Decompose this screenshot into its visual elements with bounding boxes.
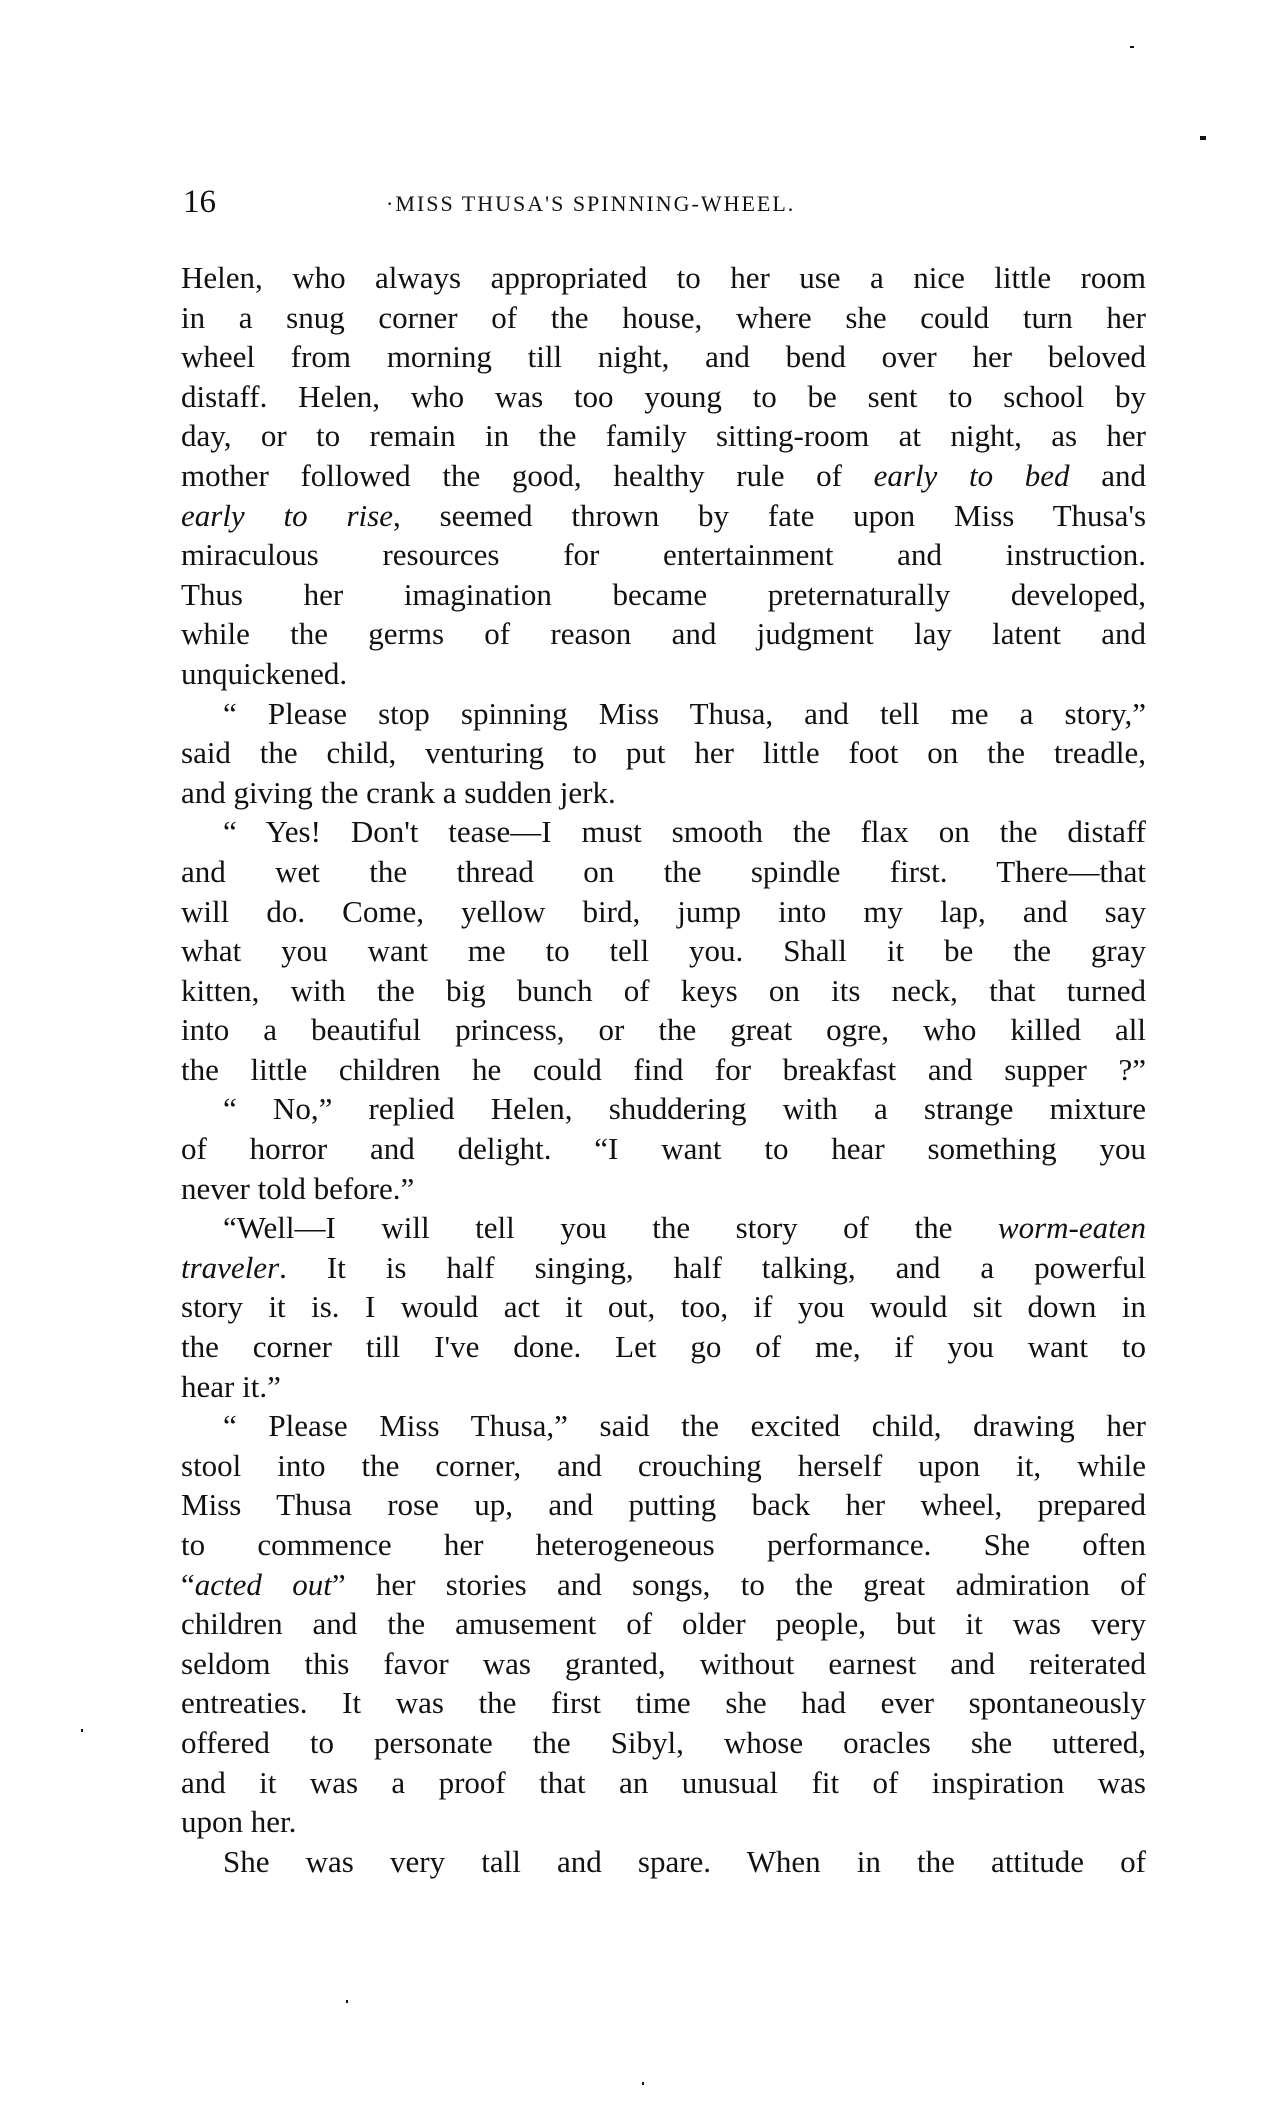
text-run: “ Please Miss Thusa,” said the excited c… bbox=[223, 1408, 1146, 1443]
text-run: while the germs of reason and judgment l… bbox=[181, 616, 1146, 651]
text-run: and it was a proof that an unusual fit o… bbox=[181, 1765, 1146, 1800]
text-run: children and the amusement of older peop… bbox=[181, 1606, 1146, 1641]
text-line: will do. Come, yellow bird, jump into my… bbox=[181, 892, 1146, 932]
text-line: She was very tall and spare. When in the… bbox=[181, 1842, 1146, 1882]
text-line: “ Yes! Don't tease—I must smooth the fla… bbox=[181, 812, 1146, 852]
text-run: mother followed the good, healthy rule o… bbox=[181, 458, 874, 493]
text-run: never told before.” bbox=[181, 1171, 414, 1206]
text-run: Thus her imagination became preternatura… bbox=[181, 577, 1146, 612]
text-run: and bbox=[1070, 458, 1146, 493]
text-line: day, or to remain in the family sitting-… bbox=[181, 416, 1146, 456]
text-line: story it is. I would act it out, too, if… bbox=[181, 1287, 1146, 1327]
text-run: Helen, who always appropriated to her us… bbox=[181, 260, 1146, 295]
text-line: entreaties. It was the first time she ha… bbox=[181, 1683, 1146, 1723]
text-line: mother followed the good, healthy rule o… bbox=[181, 456, 1146, 496]
text-line: said the child, venturing to put her lit… bbox=[181, 733, 1146, 773]
text-run: kitten, with the big bunch of keys on it… bbox=[181, 973, 1146, 1008]
text-line: and giving the crank a sudden jerk. bbox=[181, 773, 1146, 813]
text-line: and wet the thread on the spindle first.… bbox=[181, 852, 1146, 892]
text-run: and wet the thread on the spindle first.… bbox=[181, 854, 1146, 889]
text-run: Miss Thusa rose up, and putting back her… bbox=[181, 1487, 1146, 1522]
text-line: distaff. Helen, who was too young to be … bbox=[181, 377, 1146, 417]
text-run: distaff. Helen, who was too young to be … bbox=[181, 379, 1146, 414]
text-run: will do. Come, yellow bird, jump into my… bbox=[181, 894, 1146, 929]
text-run: to commence her heterogeneous performanc… bbox=[181, 1527, 1146, 1562]
text-line: offered to personate the Sibyl, whose or… bbox=[181, 1723, 1146, 1763]
text-line: unquickened. bbox=[181, 654, 1146, 694]
text-run: said the child, venturing to put her lit… bbox=[181, 735, 1146, 770]
text-run: day, or to remain in the family sitting-… bbox=[181, 418, 1146, 453]
text-run: . It is half singing, half talking, and … bbox=[279, 1250, 1146, 1285]
text-line: “ Please stop spinning Miss Thusa, and t… bbox=[181, 694, 1146, 734]
text-run: “ No,” replied Helen, shuddering with a … bbox=[223, 1091, 1146, 1126]
running-title: ·MISS THUSA'S SPINNING-WHEEL. bbox=[386, 186, 795, 222]
text-run: the little children he could find for br… bbox=[181, 1052, 1146, 1087]
text-line: “ Please Miss Thusa,” said the excited c… bbox=[181, 1406, 1146, 1446]
text-run: of horror and delight. “I want to hear s… bbox=[181, 1131, 1146, 1166]
text-line: Thus her imagination became preternatura… bbox=[181, 575, 1146, 615]
text-run: ” her stories and songs, to the great ad… bbox=[332, 1567, 1146, 1602]
running-head: 16 ·MISS THUSA'S SPINNING-WHEEL. bbox=[181, 182, 1146, 222]
text-line: upon her. bbox=[181, 1802, 1146, 1842]
text-line: hear it.” bbox=[181, 1367, 1146, 1407]
text-line: never told before.” bbox=[181, 1169, 1146, 1209]
italic-run: early to rise bbox=[181, 498, 393, 533]
scan-speck bbox=[642, 2082, 644, 2085]
text-run: in a snug corner of the house, where she… bbox=[181, 300, 1146, 335]
text-line: stool into the corner, and crouching her… bbox=[181, 1446, 1146, 1486]
text-line: the little children he could find for br… bbox=[181, 1050, 1146, 1090]
text-line: and it was a proof that an unusual fit o… bbox=[181, 1763, 1146, 1803]
text-run: upon her. bbox=[181, 1804, 296, 1839]
text-line: Helen, who always appropriated to her us… bbox=[181, 258, 1146, 298]
book-page: 16 ·MISS THUSA'S SPINNING-WHEEL. Helen, … bbox=[0, 0, 1269, 2114]
italic-run: acted out bbox=[195, 1567, 332, 1602]
text-line: traveler. It is half singing, half talki… bbox=[181, 1248, 1146, 1288]
italic-run: early to bed bbox=[874, 458, 1070, 493]
text-line: wheel from morning till night, and bend … bbox=[181, 337, 1146, 377]
text-line: kitten, with the big bunch of keys on it… bbox=[181, 971, 1146, 1011]
text-run: stool into the corner, and crouching her… bbox=[181, 1448, 1146, 1483]
text-run: miraculous resources for entertainment a… bbox=[181, 537, 1146, 572]
text-run: She was very tall and spare. When in the… bbox=[223, 1844, 1146, 1879]
text-line: “Well—I will tell you the story of the w… bbox=[181, 1208, 1146, 1248]
scan-speck bbox=[1130, 46, 1134, 48]
text-run: what you want me to tell you. Shall it b… bbox=[181, 933, 1146, 968]
scan-speck bbox=[1200, 136, 1206, 140]
text-run: seldom this favor was granted, without e… bbox=[181, 1646, 1146, 1681]
text-line: “acted out” her stories and songs, to th… bbox=[181, 1565, 1146, 1605]
text-run: entreaties. It was the first time she ha… bbox=[181, 1685, 1146, 1720]
text-run: “ Please stop spinning Miss Thusa, and t… bbox=[223, 696, 1146, 731]
text-line: “ No,” replied Helen, shuddering with a … bbox=[181, 1089, 1146, 1129]
text-run: “ bbox=[181, 1567, 195, 1602]
text-line: children and the amusement of older peop… bbox=[181, 1604, 1146, 1644]
text-line: the corner till I've done. Let go of me,… bbox=[181, 1327, 1146, 1367]
text-line: to commence her heterogeneous performanc… bbox=[181, 1525, 1146, 1565]
text-line: what you want me to tell you. Shall it b… bbox=[181, 931, 1146, 971]
text-line: seldom this favor was granted, without e… bbox=[181, 1644, 1146, 1684]
text-line: in a snug corner of the house, where she… bbox=[181, 298, 1146, 338]
text-run: wheel from morning till night, and bend … bbox=[181, 339, 1146, 374]
scan-speck bbox=[346, 2000, 348, 2003]
text-line: Miss Thusa rose up, and putting back her… bbox=[181, 1485, 1146, 1525]
text-line: while the germs of reason and judgment l… bbox=[181, 614, 1146, 654]
text-run: offered to personate the Sibyl, whose or… bbox=[181, 1725, 1146, 1760]
text-line: miraculous resources for entertainment a… bbox=[181, 535, 1146, 575]
text-run: hear it.” bbox=[181, 1369, 281, 1404]
body-text: Helen, who always appropriated to her us… bbox=[181, 258, 1146, 1881]
italic-run: traveler bbox=[181, 1250, 279, 1285]
text-run: story it is. I would act it out, too, if… bbox=[181, 1289, 1146, 1324]
text-run: unquickened. bbox=[181, 656, 347, 691]
text-run: and giving the crank a sudden jerk. bbox=[181, 775, 616, 810]
page-number: 16 bbox=[183, 182, 216, 222]
italic-run: worm-eaten bbox=[998, 1210, 1146, 1245]
scan-speck bbox=[81, 1729, 83, 1732]
text-run: the corner till I've done. Let go of me,… bbox=[181, 1329, 1146, 1364]
text-line: of horror and delight. “I want to hear s… bbox=[181, 1129, 1146, 1169]
text-run: into a beautiful princess, or the great … bbox=[181, 1012, 1146, 1047]
text-line: early to rise, seemed thrown by fate upo… bbox=[181, 496, 1146, 536]
text-line: into a beautiful princess, or the great … bbox=[181, 1010, 1146, 1050]
text-run: , seemed thrown by fate upon Miss Thusa'… bbox=[393, 498, 1146, 533]
text-run: “ Yes! Don't tease—I must smooth the fla… bbox=[223, 814, 1146, 849]
text-run: “Well—I will tell you the story of the bbox=[223, 1210, 998, 1245]
